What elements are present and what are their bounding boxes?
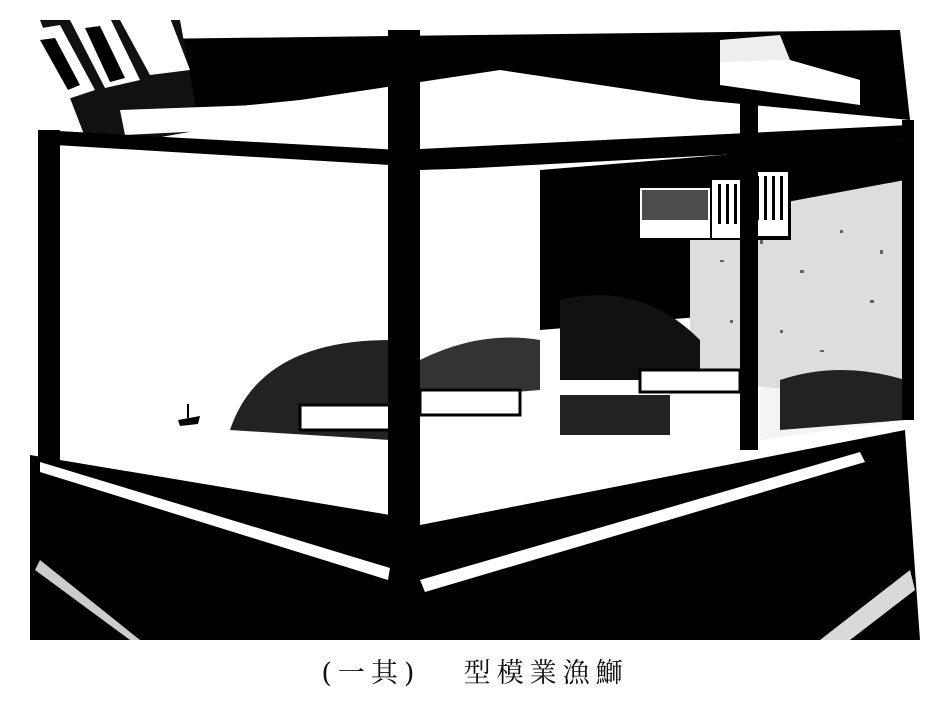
photo-caption: (一其) 型模業漁鰤 bbox=[0, 652, 950, 696]
left-glass-panel bbox=[55, 145, 390, 510]
wall-signboard bbox=[636, 172, 791, 240]
caption-part-label: (一其) bbox=[321, 652, 420, 696]
center-post bbox=[388, 30, 420, 590]
display-case-photo bbox=[0, 0, 950, 650]
caption-title: 型模業漁鰤 bbox=[464, 652, 629, 696]
